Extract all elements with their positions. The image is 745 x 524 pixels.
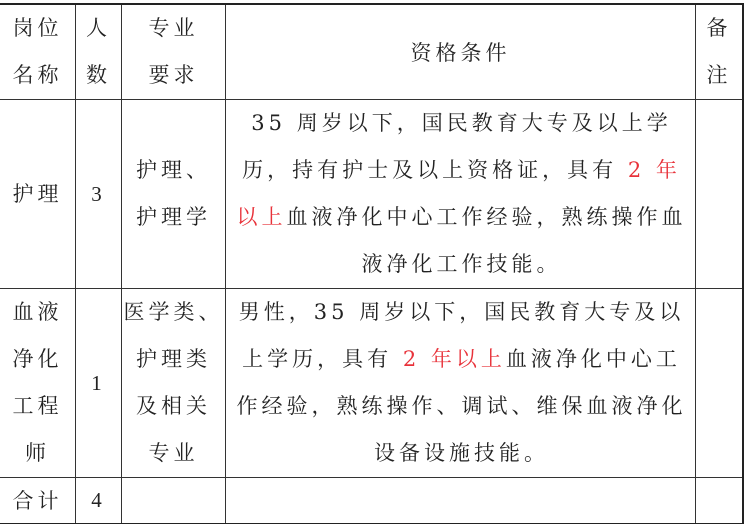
- total-qualification-empty: [226, 478, 696, 524]
- position-name-line: 师: [0, 430, 75, 477]
- major-line: 护理学: [122, 194, 225, 241]
- cell-position-name: 护理: [0, 100, 76, 289]
- major-line: 护理、: [122, 147, 225, 194]
- header-remarks: 备 注: [696, 4, 744, 100]
- header-position-name: 岗位 名称: [0, 4, 76, 100]
- table-row: 血液 净化 工程 师 1 医学类、 护理类 及相关 专业 男性，35 周岁以下，…: [0, 289, 743, 478]
- table-row: 护理 3 护理、 护理学 35 周岁以下，国民教育大专及以上学历，持有护士及以上…: [0, 100, 743, 289]
- qualification-text: 35 周岁以下，国民教育大专及以上学历，持有护士及以上资格证，具有: [242, 111, 672, 182]
- header-position-name-line1: 岗位: [0, 5, 75, 52]
- position-name-line: 护理: [0, 171, 75, 218]
- total-major-empty: [122, 478, 226, 524]
- header-major: 专业 要求: [122, 4, 226, 100]
- header-qualification: 资格条件: [226, 4, 696, 100]
- cell-count: 3: [76, 100, 122, 289]
- header-major-line2: 要求: [122, 52, 225, 99]
- major-line: 医学类、: [122, 289, 225, 336]
- major-line: 护理类: [122, 336, 225, 383]
- highlight-experience: 2 年以上: [403, 347, 506, 371]
- header-remarks-line1: 备: [696, 5, 742, 52]
- header-remarks-line2: 注: [696, 52, 742, 99]
- cell-qualification: 35 周岁以下，国民教育大专及以上学历，持有护士及以上资格证，具有 2 年以上血…: [226, 100, 696, 289]
- cell-major: 护理、 护理学: [122, 100, 226, 289]
- cell-qualification: 男性，35 周岁以下，国民教育大专及以上学历，具有 2 年以上血液净化中心工作经…: [226, 289, 696, 478]
- header-count-line1: 人: [76, 5, 121, 52]
- header-count-line2: 数: [76, 52, 121, 99]
- header-major-line1: 专业: [122, 5, 225, 52]
- qualification-text-rest: 血液净化中心工作经验，熟练操作血液净化工作技能。: [287, 205, 687, 276]
- header-count: 人 数: [76, 4, 122, 100]
- recruitment-table: 岗位 名称 人 数 专业 要求 资格条件 备 注 护理 3 护理、 护理学 35…: [0, 3, 744, 524]
- position-name-line: 血液: [0, 289, 75, 336]
- cell-count: 1: [76, 289, 122, 478]
- cell-remarks: [696, 100, 744, 289]
- header-row: 岗位 名称 人 数 专业 要求 资格条件 备 注: [0, 4, 743, 100]
- cell-position-name: 血液 净化 工程 师: [0, 289, 76, 478]
- header-position-name-line2: 名称: [0, 52, 75, 99]
- position-name-line: 工程: [0, 383, 75, 430]
- total-remarks-empty: [696, 478, 744, 524]
- cell-remarks: [696, 289, 744, 478]
- total-label: 合计: [0, 478, 76, 524]
- total-row: 合计 4: [0, 478, 743, 524]
- major-line: 及相关: [122, 383, 225, 430]
- major-line: 专业: [122, 430, 225, 477]
- cell-major: 医学类、 护理类 及相关 专业: [122, 289, 226, 478]
- position-name-line: 净化: [0, 336, 75, 383]
- total-count: 4: [76, 478, 122, 524]
